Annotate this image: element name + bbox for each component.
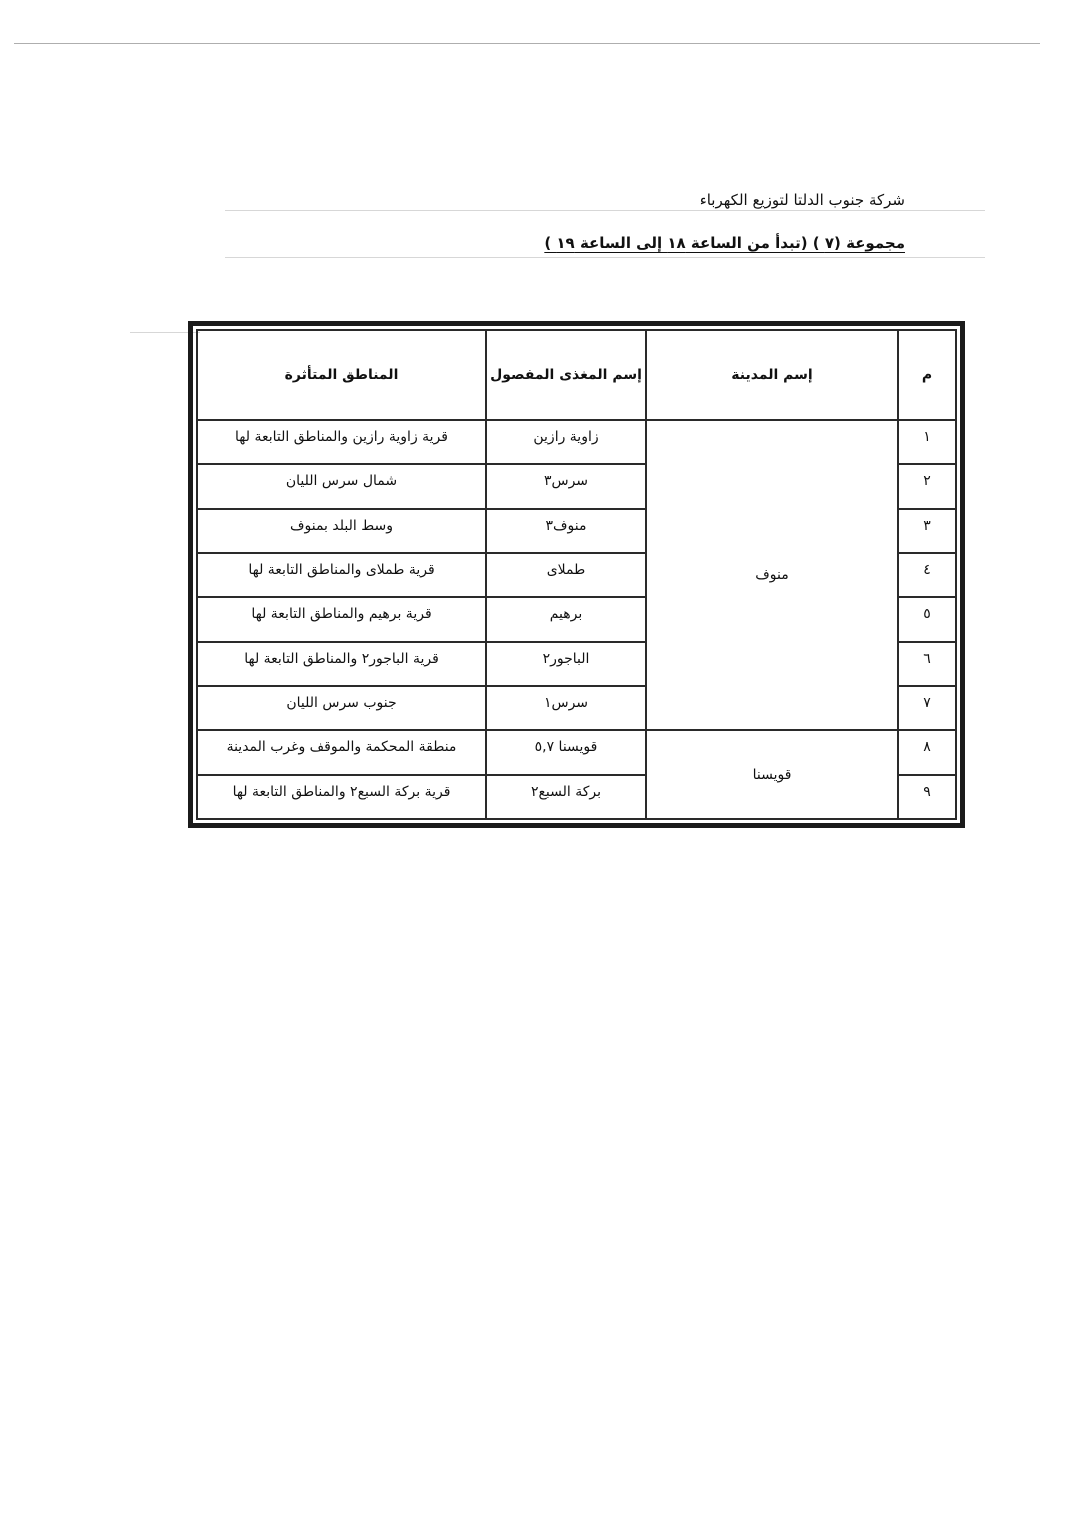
outage-table-frame: م إسم المدينة إسم المغذى المفصول المناطق…	[188, 321, 965, 828]
column-header-areas: المناطق المتأثرة	[197, 330, 486, 420]
affected-areas: شمال سرس الليان	[197, 464, 486, 508]
feeder-name: سرس١	[486, 686, 646, 730]
affected-areas: قرية الباجور٢ والمناطق التابعة لها	[197, 642, 486, 686]
column-header-feeder: إسم المغذى المفصول	[486, 330, 646, 420]
row-index: ٧	[898, 686, 956, 730]
row-index: ٩	[898, 775, 956, 819]
affected-areas: قرية زاوية رازين والمناطق التابعة لها	[197, 420, 486, 464]
group-title: مجموعة (٧ ) (تبدأ من الساعة ١٨ إلى الساع…	[544, 234, 905, 252]
column-header-index: م	[898, 330, 956, 420]
row-index: ٤	[898, 553, 956, 597]
feeder-name: منوف٣	[486, 509, 646, 553]
table-header-row: م إسم المدينة إسم المغذى المفصول المناطق…	[197, 330, 956, 420]
row-index: ١	[898, 420, 956, 464]
row-index: ٥	[898, 597, 956, 641]
affected-areas: قرية طملاى والمناطق التابعة لها	[197, 553, 486, 597]
city-cell: قويسنا	[646, 730, 898, 819]
scan-artifact-line	[225, 210, 985, 211]
feeder-name: طملاى	[486, 553, 646, 597]
company-name: شركة جنوب الدلتا لتوزيع الكهرباء	[700, 191, 905, 209]
table-row: ٨ قويسنا قويسنا ٥,٧ منطقة المحكمة والموق…	[197, 730, 956, 774]
affected-areas: وسط البلد بمنوف	[197, 509, 486, 553]
row-index: ٣	[898, 509, 956, 553]
row-index: ٨	[898, 730, 956, 774]
affected-areas: قرية بركة السبع٢ والمناطق التابعة لها	[197, 775, 486, 819]
affected-areas: منطقة المحكمة والموقف وغرب المدينة	[197, 730, 486, 774]
scan-artifact-line	[14, 43, 1040, 44]
city-cell: منوف	[646, 420, 898, 730]
row-index: ٦	[898, 642, 956, 686]
feeder-name: قويسنا ٥,٧	[486, 730, 646, 774]
row-index: ٢	[898, 464, 956, 508]
feeder-name: بركة السبع٢	[486, 775, 646, 819]
table-row: ١ منوف زاوية رازين قرية زاوية رازين والم…	[197, 420, 956, 464]
column-header-city: إسم المدينة	[646, 330, 898, 420]
affected-areas: جنوب سرس الليان	[197, 686, 486, 730]
feeder-name: الباجور٢	[486, 642, 646, 686]
affected-areas: قرية برهيم والمناطق التابعة لها	[197, 597, 486, 641]
feeder-name: زاوية رازين	[486, 420, 646, 464]
scan-artifact-line	[225, 257, 985, 258]
feeder-name: برهيم	[486, 597, 646, 641]
feeder-name: سرس٣	[486, 464, 646, 508]
outage-table: م إسم المدينة إسم المغذى المفصول المناطق…	[196, 329, 957, 820]
